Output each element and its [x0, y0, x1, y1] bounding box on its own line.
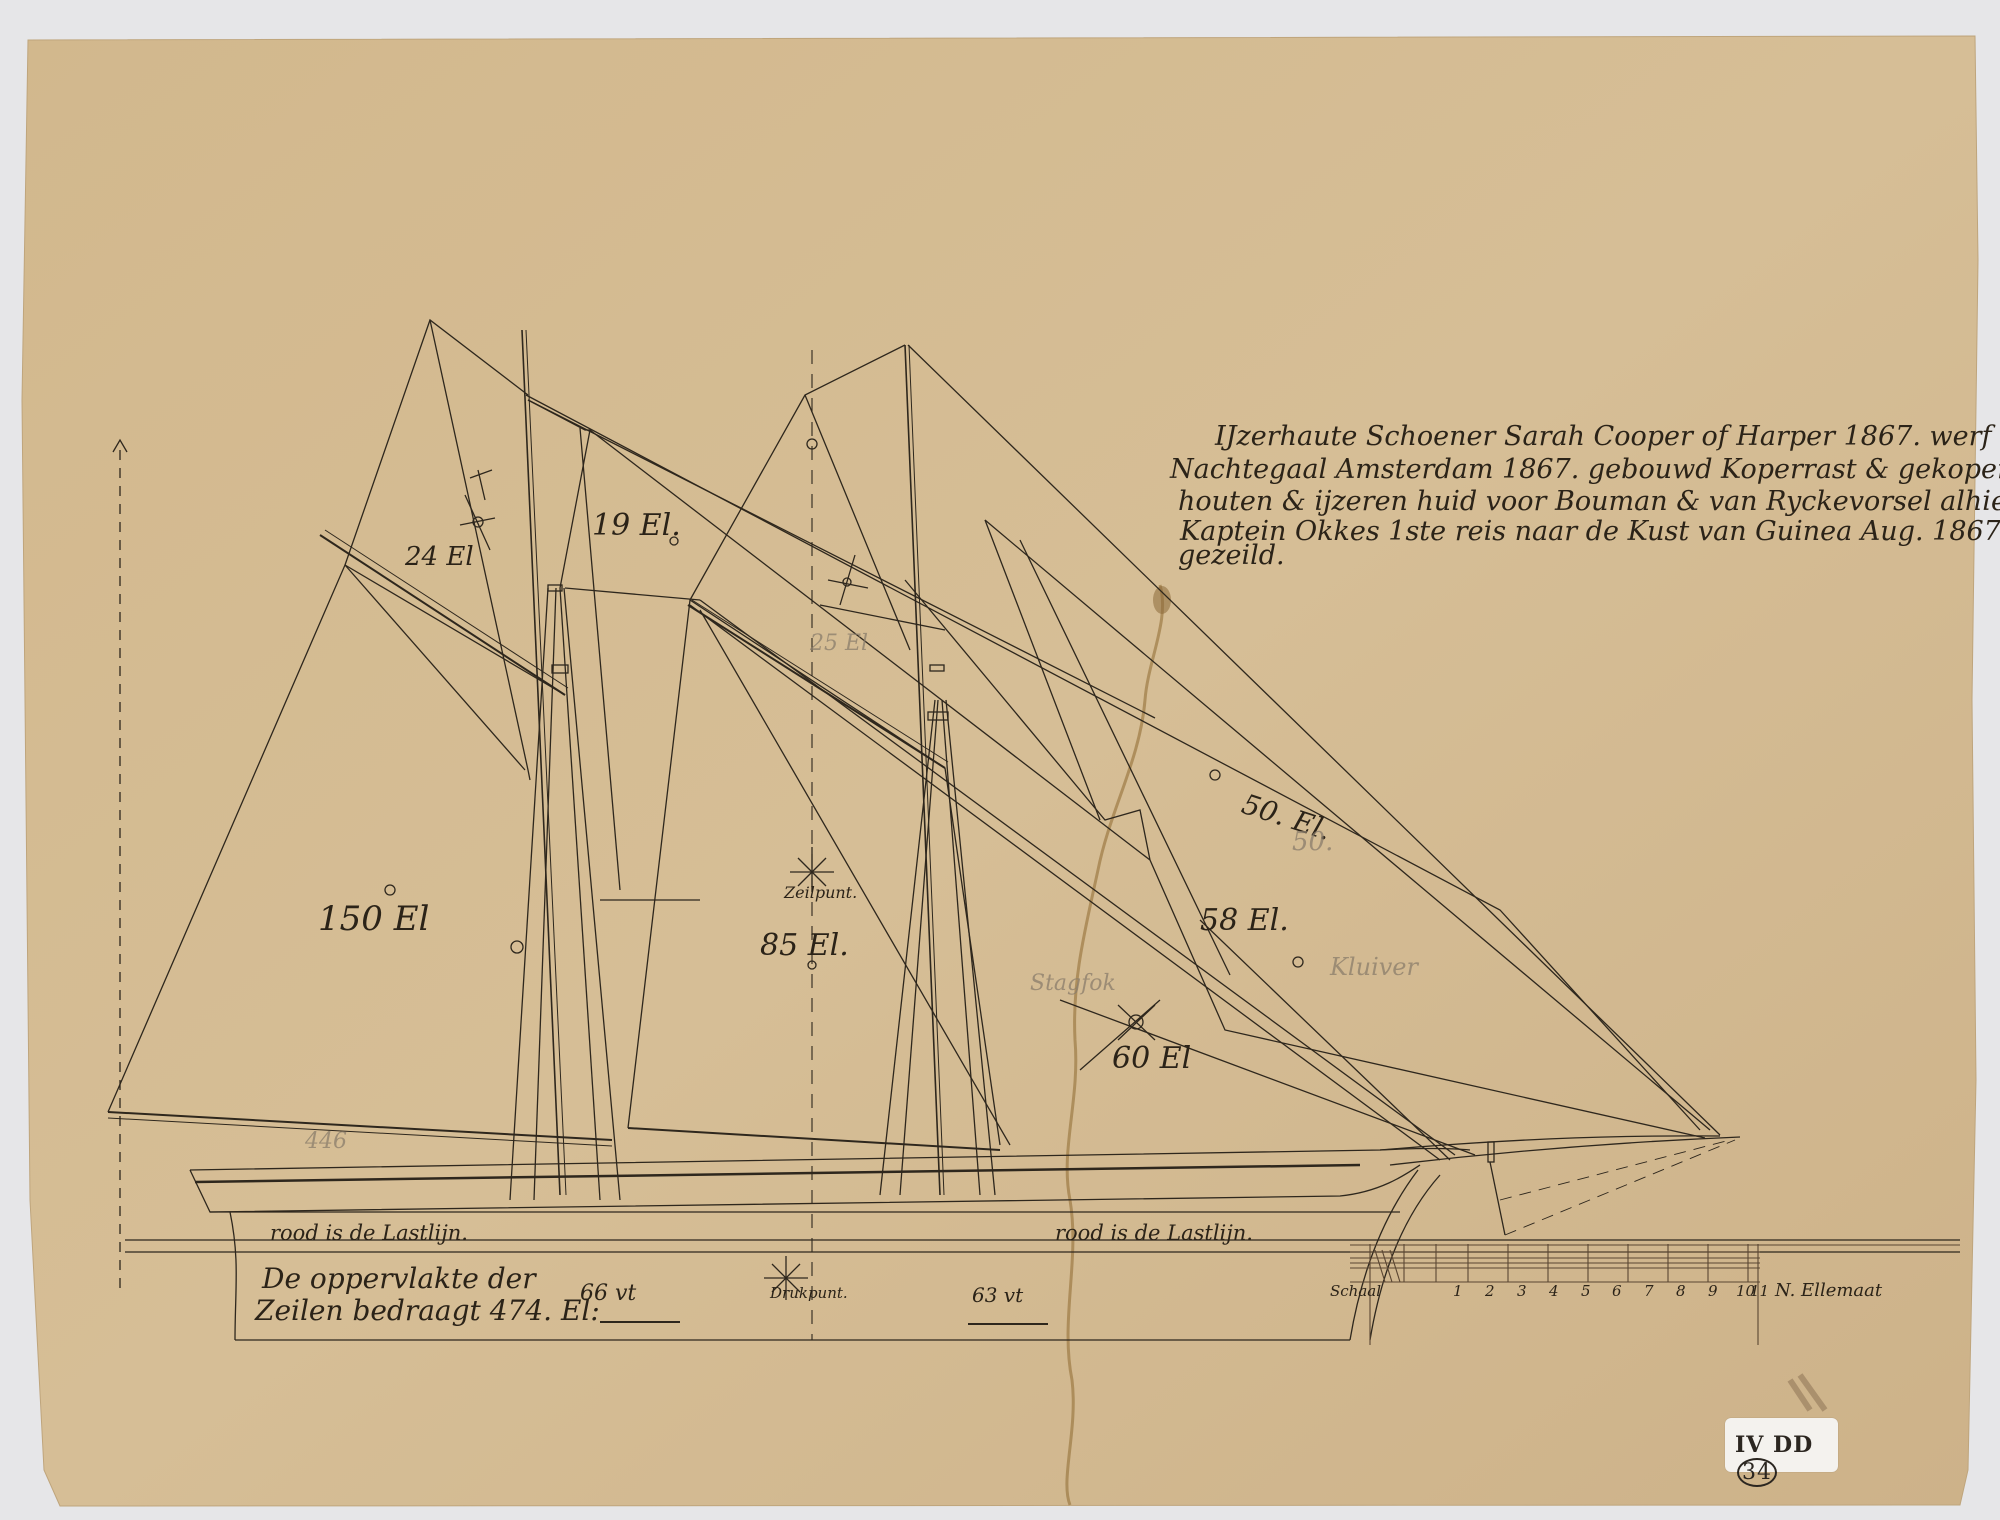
label-flying-jib-pencil: 50. [1292, 827, 1333, 857]
scale-tick: 4 [1548, 1282, 1559, 1300]
sail-plan-sheet: IJzerhaute Schoener Sarah Cooper of Harp… [0, 0, 2000, 1520]
archive-label: IV DD34 [1725, 1418, 1838, 1472]
scale-tick: 6 [1612, 1282, 1622, 1300]
title-line-2: Nachtegaal Amsterdam 1867. gebouwd Koper… [1169, 454, 2000, 485]
scale-tick: 3 [1517, 1282, 1527, 1300]
dimension-right: 63 vt [972, 1283, 1024, 1307]
zeilpunt-label: Zeilpunt. [783, 883, 857, 902]
label-main-gaff-topsail: 24 El [404, 542, 474, 572]
label-stagfok: Stagfok [1030, 971, 1116, 996]
scale-tick: 7 [1644, 1282, 1654, 1300]
archive-code: IV DD [1735, 1432, 1813, 1458]
label-mainsail: 150 El [318, 899, 429, 939]
scale-tick: 5 [1581, 1282, 1591, 1300]
scale-tick: 8 [1676, 1282, 1686, 1300]
scale-tick: 1 [1453, 1282, 1463, 1300]
title-line-3: houten & ijzeren huid voor Bouman & van … [1178, 486, 2000, 517]
title-line-4: Kaptein Okkes 1ste reis naar de Kust van… [1179, 516, 2000, 547]
scale-unit-label: N. Ellemaat [1774, 1280, 1883, 1301]
label-jib: 58 El. [1200, 903, 1289, 938]
waterline-label-right: rood is de Lastlijn. [1055, 1221, 1253, 1245]
label-25-el: 25 El [809, 631, 868, 656]
label-fore-staysail: 60 El [1112, 1041, 1191, 1076]
label-kluiver: Kluiver [1329, 953, 1420, 981]
scale-left-label: Schaal [1330, 1282, 1381, 1300]
label-pencil-total: 446 [304, 1129, 347, 1154]
drukpunt-label: Drukpunt. [769, 1284, 848, 1302]
dimension-left: 66 vt [580, 1281, 636, 1306]
total-area-line-1: De oppervlakte der [261, 1262, 537, 1295]
waterline-label-left: rood is de Lastlijn. [270, 1221, 468, 1245]
total-area-line-2: Zeilen bedraagt 474. El: [254, 1294, 600, 1327]
scale-tick: 2 [1484, 1282, 1495, 1300]
title-line-1: IJzerhaute Schoener Sarah Cooper of Harp… [1214, 421, 2000, 452]
scale-tick: 9 [1708, 1282, 1718, 1300]
label-foresail: 85 El. [760, 928, 849, 963]
label-19-el: 19 El. [592, 508, 681, 543]
title-line-5: gezeild. [1178, 540, 1285, 571]
scale-tick: 11 [1750, 1282, 1769, 1300]
archive-number: 34 [1737, 1458, 1777, 1487]
